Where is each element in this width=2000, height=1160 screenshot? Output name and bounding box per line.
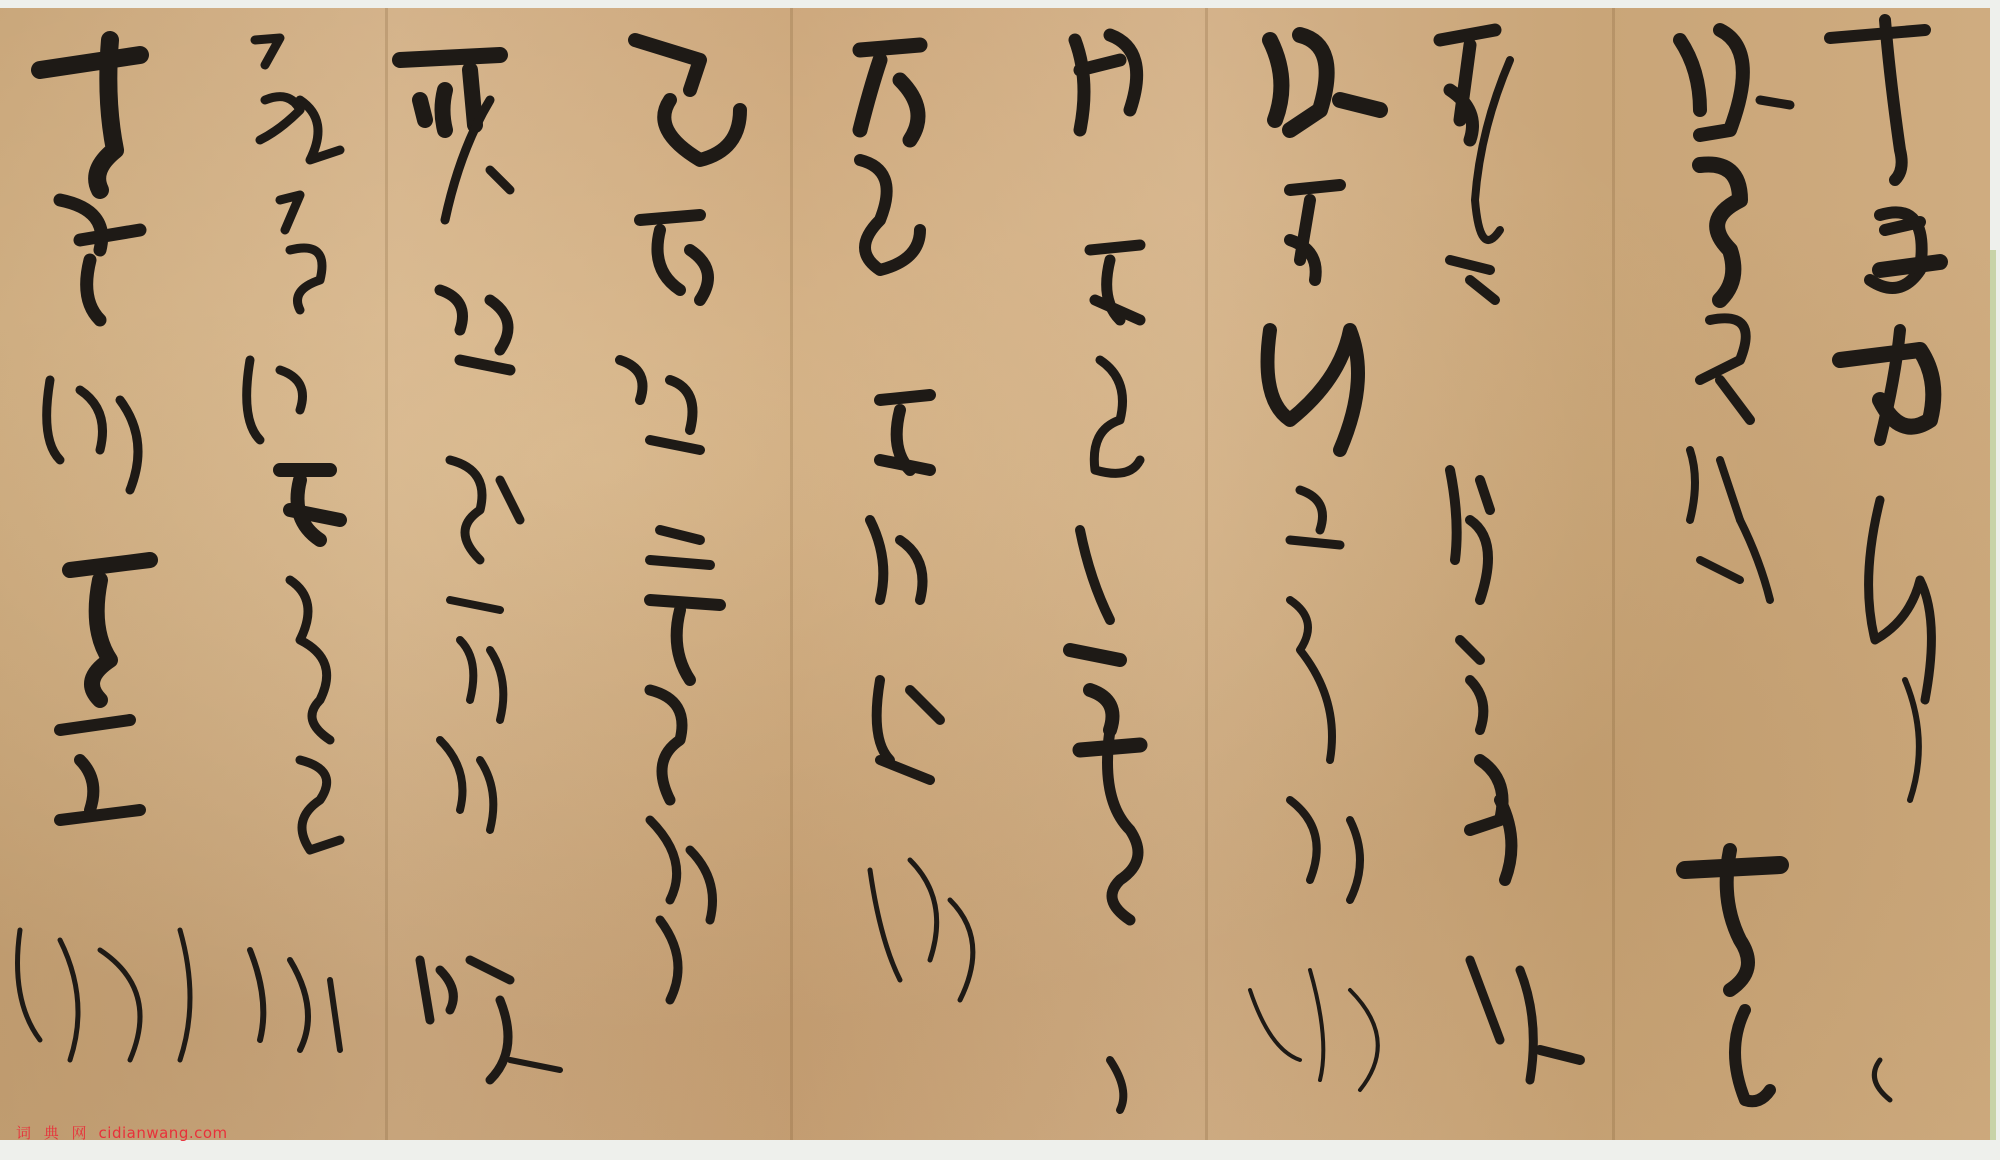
column-1 [1830,20,1940,1100]
watermark-url: cidianwang.com [99,1124,228,1142]
column-8 [400,55,560,1080]
column-4 [1250,35,1380,1090]
column-3 [1440,30,1580,1080]
watermark-site-name: 词 典 网 [16,1124,91,1142]
calligraphy-strokes [0,0,2000,1160]
column-10 [18,40,191,1060]
column-9 [247,38,340,1050]
site-watermark: 词 典 网cidianwang.com [16,1122,228,1143]
column-2 [1680,30,1790,1101]
column-7 [620,40,740,1000]
column-6 [860,45,973,1000]
column-5 [1070,35,1140,1110]
